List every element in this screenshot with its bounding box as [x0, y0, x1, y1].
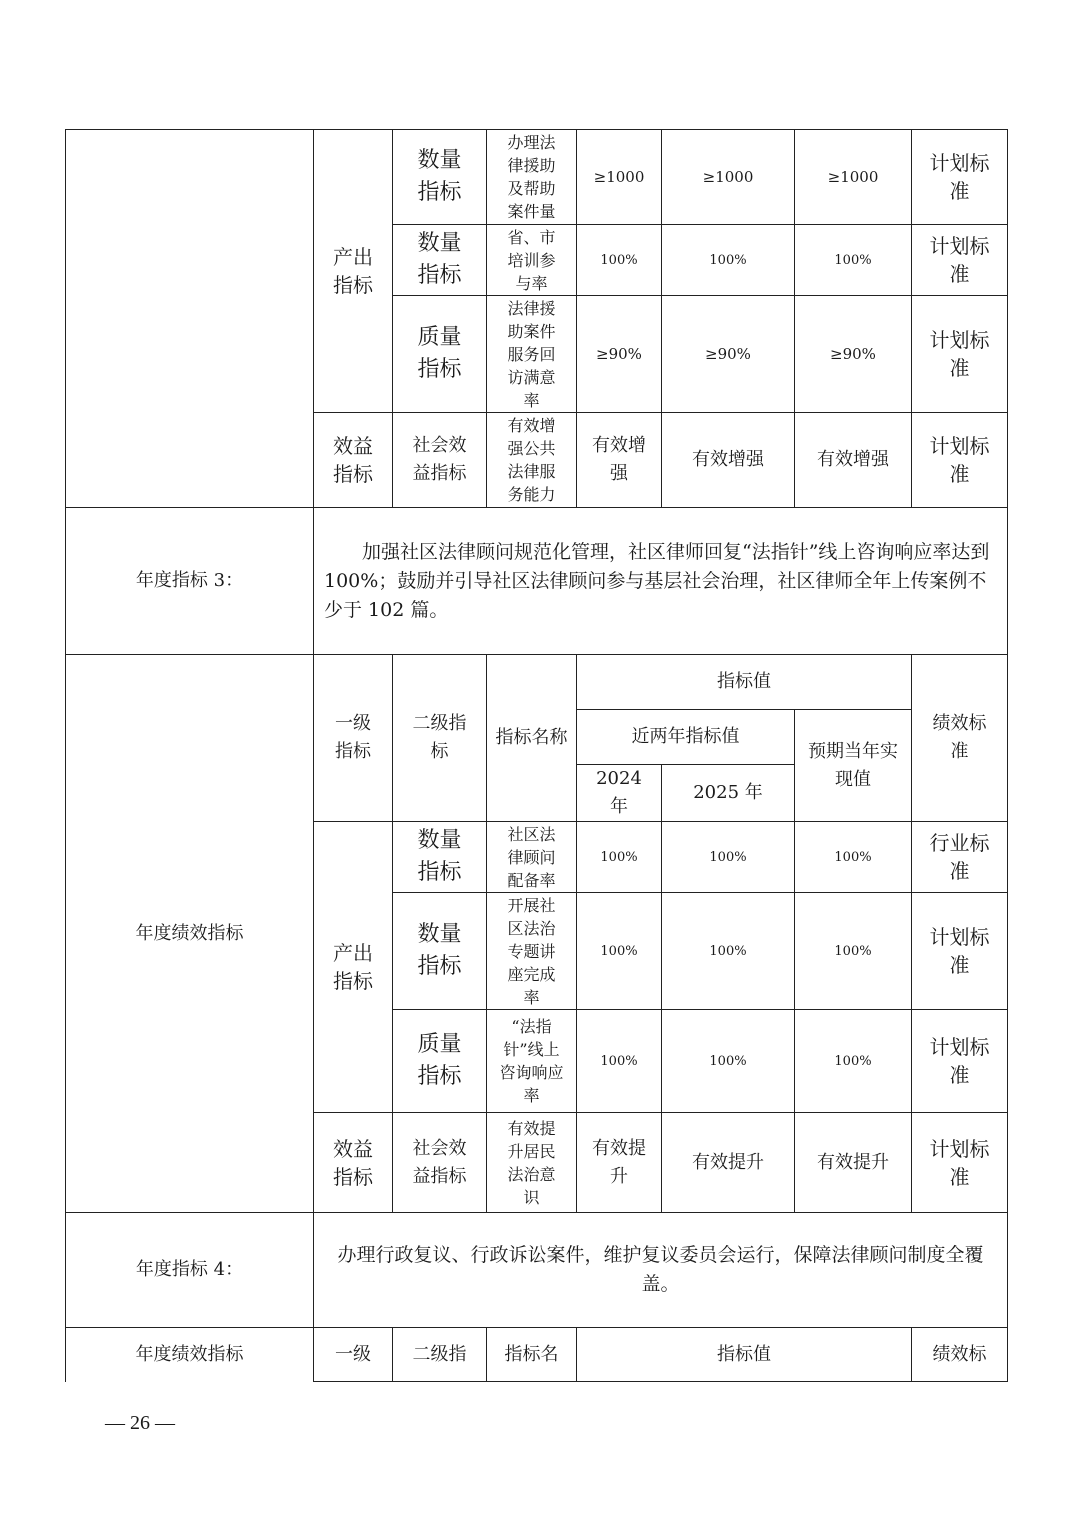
header-level1: 一级 — [313, 1327, 393, 1382]
value-2025: ≥1000 — [661, 129, 795, 225]
standard-cell: 计划标准 — [911, 412, 1008, 508]
value-2025: 有效提升 — [661, 1112, 795, 1213]
indicator-name: 省、市培训参与率 — [486, 224, 577, 296]
indicator-name: 有效增强公共法律服务能力 — [486, 412, 577, 508]
value-expected: 有效提升 — [794, 1112, 912, 1213]
value-2025: 100% — [661, 224, 795, 296]
value-2024: 100% — [576, 821, 662, 893]
header-level2: 二级指 — [392, 1327, 487, 1382]
level2-cell: 质量指标 — [392, 295, 487, 413]
value-2024: ≥90% — [576, 295, 662, 413]
level1-benefit: 效益指标 — [313, 412, 393, 508]
header-value: 指标值 — [576, 1327, 912, 1382]
standard-cell: 计划标准 — [911, 224, 1008, 296]
level2-cell: 质量指标 — [392, 1009, 487, 1113]
value-2025: 100% — [661, 821, 795, 893]
level2-cell: 数量指标 — [392, 224, 487, 296]
indicator-name: “法指针”线上咨询响应率 — [486, 1009, 577, 1113]
value-expected: 100% — [794, 892, 912, 1010]
value-expected: 有效增强 — [794, 412, 912, 508]
value-expected: 100% — [794, 224, 912, 296]
level1-output: 产出指标 — [313, 129, 393, 413]
header-recent: 近两年指标值 — [576, 709, 795, 765]
page-number: — 26 — — [105, 1412, 175, 1435]
goal4-text: 办理行政复议、行政诉讼案件，维护复议委员会运行，保障法律顾问制度全覆盖。 — [313, 1212, 1008, 1328]
header-name: 指标名称 — [486, 654, 577, 822]
header-level1: 一级指标 — [313, 654, 393, 822]
level2-cell: 数量指标 — [392, 821, 487, 893]
header-2025: 2025 年 — [661, 764, 795, 822]
standard-cell: 计划标准 — [911, 295, 1008, 413]
value-2024: ≥1000 — [576, 129, 662, 225]
standard-cell: 计划标准 — [911, 1009, 1008, 1113]
goal3-text: 加强社区法律顾问规范化管理，社区律师回复“法指针”线上咨询响应率达到 100%；… — [313, 507, 1008, 655]
section-label: 年度绩效指标 — [65, 1327, 314, 1382]
header-level2: 二级指标 — [392, 654, 487, 822]
level1-benefit: 效益指标 — [313, 1112, 393, 1213]
goal4-label: 年度指标 4： — [65, 1212, 314, 1328]
header-value: 指标值 — [576, 654, 912, 710]
indicator-name: 社区法律顾问配备率 — [486, 821, 577, 893]
header-standard: 绩效标 — [911, 1327, 1008, 1382]
value-expected: ≥1000 — [794, 129, 912, 225]
value-2024: 有效提升 — [576, 1112, 662, 1213]
level2-cell: 社会效益指标 — [392, 1112, 487, 1213]
indicator-name: 有效提升居民法治意识 — [486, 1112, 577, 1213]
header-name: 指标名 — [486, 1327, 577, 1382]
value-2024: 100% — [576, 224, 662, 296]
section-label: 年度绩效指标 — [65, 654, 314, 1213]
standard-cell: 计划标准 — [911, 129, 1008, 225]
value-2025: 100% — [661, 1009, 795, 1113]
value-2024: 100% — [576, 892, 662, 1010]
value-2024: 100% — [576, 1009, 662, 1113]
header-expected: 预期当年实现值 — [794, 709, 912, 822]
value-expected: 100% — [794, 821, 912, 893]
level2-cell: 数量指标 — [392, 129, 487, 225]
level1-output: 产出指标 — [313, 821, 393, 1113]
goal3-label: 年度指标 3： — [65, 507, 314, 655]
value-2025: 100% — [661, 892, 795, 1010]
indicator-name: 开展社区法治专题讲座完成率 — [486, 892, 577, 1010]
value-expected: ≥90% — [794, 295, 912, 413]
standard-cell: 行业标准 — [911, 821, 1008, 893]
section-label-cell-empty — [65, 129, 314, 508]
indicator-name: 法律援助案件服务回访满意率 — [486, 295, 577, 413]
goal3-text-content: 加强社区法律顾问规范化管理，社区律师回复“法指针”线上咨询响应率达到 100%；… — [324, 538, 997, 625]
value-2024: 有效增强 — [576, 412, 662, 508]
header-2024: 2024 年 — [576, 764, 662, 822]
level2-cell: 社会效益指标 — [392, 412, 487, 508]
standard-cell: 计划标准 — [911, 1112, 1008, 1213]
standard-cell: 计划标准 — [911, 892, 1008, 1010]
value-expected: 100% — [794, 1009, 912, 1113]
level2-cell: 数量指标 — [392, 892, 487, 1010]
header-standard: 绩效标准 — [911, 654, 1008, 822]
value-2025: 有效增强 — [661, 412, 795, 508]
value-2025: ≥90% — [661, 295, 795, 413]
indicator-name: 办理法律援助及帮助案件量 — [486, 129, 577, 225]
